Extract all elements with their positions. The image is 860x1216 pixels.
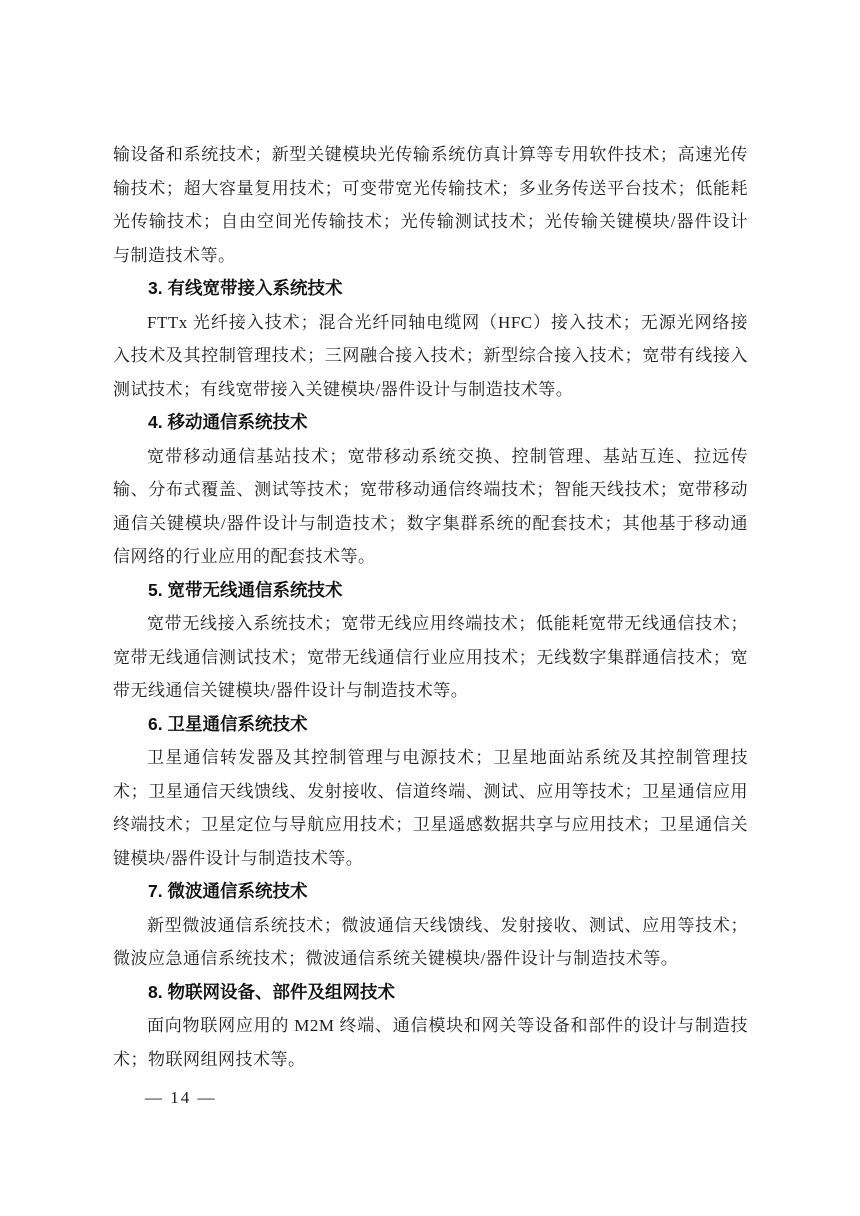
document-page: 输设备和系统技术；新型关键模块光传输系统仿真计算等专用软件技术；高速光传输技术；… bbox=[113, 138, 748, 1076]
section-body: 宽带移动通信基站技术；宽带移动系统交换、控制管理、基站互连、拉远传输、分布式覆盖… bbox=[113, 440, 748, 574]
section-heading: 6. 卫星通信系统技术 bbox=[113, 708, 748, 742]
section-heading: 8. 物联网设备、部件及组网技术 bbox=[113, 976, 748, 1010]
section-mobile-communication: 4. 移动通信系统技术 宽带移动通信基站技术；宽带移动系统交换、控制管理、基站互… bbox=[113, 406, 748, 574]
page-number: — 14 — bbox=[145, 1086, 217, 1110]
section-heading: 5. 宽带无线通信系统技术 bbox=[113, 574, 748, 608]
section-body: FTTx 光纤接入技术；混合光纤同轴电缆网（HFC）接入技术；无源光网络接入技术… bbox=[113, 306, 748, 407]
section-satellite-communication: 6. 卫星通信系统技术 卫星通信转发器及其控制管理与电源技术；卫星地面站系统及其… bbox=[113, 708, 748, 876]
section-body: 卫星通信转发器及其控制管理与电源技术；卫星地面站系统及其控制管理技术；卫星通信天… bbox=[113, 741, 748, 875]
section-wired-broadband: 3. 有线宽带接入系统技术 FTTx 光纤接入技术；混合光纤同轴电缆网（HFC）… bbox=[113, 272, 748, 406]
section-heading: 3. 有线宽带接入系统技术 bbox=[113, 272, 748, 306]
section-microwave-communication: 7. 微波通信系统技术 新型微波通信系统技术；微波通信天线馈线、发射接收、测试、… bbox=[113, 875, 748, 976]
section-heading: 7. 微波通信系统技术 bbox=[113, 875, 748, 909]
section-body: 宽带无线接入系统技术；宽带无线应用终端技术；低能耗宽带无线通信技术；宽带无线通信… bbox=[113, 607, 748, 708]
section-broadband-wireless: 5. 宽带无线通信系统技术 宽带无线接入系统技术；宽带无线应用终端技术；低能耗宽… bbox=[113, 574, 748, 708]
section-body: 新型微波通信系统技术；微波通信天线馈线、发射接收、测试、应用等技术；微波应急通信… bbox=[113, 909, 748, 976]
section-body: 面向物联网应用的 M2M 终端、通信模块和网关等设备和部件的设计与制造技术；物联… bbox=[113, 1009, 748, 1076]
section-heading: 4. 移动通信系统技术 bbox=[113, 406, 748, 440]
section-iot-devices: 8. 物联网设备、部件及组网技术 面向物联网应用的 M2M 终端、通信模块和网关… bbox=[113, 976, 748, 1077]
paragraph-continuation: 输设备和系统技术；新型关键模块光传输系统仿真计算等专用软件技术；高速光传输技术；… bbox=[113, 138, 748, 272]
